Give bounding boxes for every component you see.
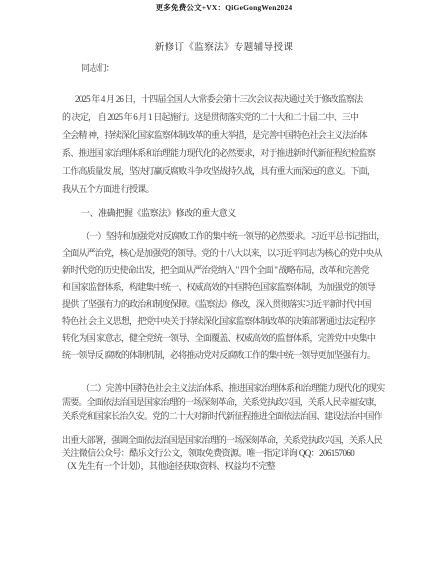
text-line: 工作高质量发 展，坚决打赢反腐败斗争攻坚战持久战，具有重大而深远的意义。下面， xyxy=(62,162,394,180)
text-line: 我从五个方面进 行授课。 xyxy=(62,180,394,198)
promo-line: （X 先生有一个计划），其他途径获取资料、权益均不完整 xyxy=(62,460,394,473)
section-heading-1: 一、准确把握《监察法》修改的重大意义 xyxy=(62,204,394,222)
text-line: 提供 了坚强有力的政治和制度保障。《监察法》修改，深入贯彻落实习近平新时代中国 xyxy=(62,296,394,313)
text-line: 转化为国 家意志，健全党统一领导、全面覆盖、权威高效的监督体系，完善党中央集中 xyxy=(62,330,394,347)
promo-block: 关注微信公众号：酷乐文行公文，领取免费资源。唯一指定详询 QQ：20615706… xyxy=(62,447,394,473)
watermark-header: 更多免费公文+VX：QiGeGongWen2024 xyxy=(0,2,448,13)
paragraph-1: 2025 年 4 月 26 日，十四届全国人大常委会第十三次会议表决通过关于修改… xyxy=(62,90,394,198)
text-line: 关系党和国家长治久安。党的二十大对新时代新征程推进全面依法治国、建设法治中国作 xyxy=(62,409,394,423)
document-page: 更多免费公文+VX：QiGeGongWen2024 新修订《监察法》专题辅导授课… xyxy=(0,0,448,580)
document-title: 新修订《监察法》专题辅导授课 xyxy=(0,39,448,53)
text-line: 特色社 会主义思想，把党中央关于持续深化国家监察体制改革的决策部署通过法定程序 xyxy=(62,313,394,330)
document-body: 同志们： 2025 年 4 月 26 日，十四届全国人大常委会第十三次会议表决通… xyxy=(62,62,394,473)
promo-line: 关注微信公众号：酷乐文行公文，领取免费资源。唯一指定详询 QQ：20615706… xyxy=(62,447,394,460)
text-line: 和 国家监督体系，构建集中统一、权威高效的中国特色国家监察体制，为加强党的领导 xyxy=(62,279,394,296)
paragraph-2: （一）坚持和加强党对反腐败工作的集中统一领导的必然要求。习近平总书记指出， 全面… xyxy=(62,228,394,364)
text-line: （一）坚持和加强党对反腐败工作的集中统一领导的必然要求。习近平总书记指出， xyxy=(62,228,394,245)
text-line: 新时代党的历史使命出发，把全面从严治党纳入 " 四个全面 " 战略布局，改革和完… xyxy=(62,262,394,279)
paragraph-3: （二）完善中国特色社会主义法治体系、推进国家治理体系和治理能力现代化的现实 需要… xyxy=(62,381,394,447)
salutation-line: 同志们： xyxy=(62,62,394,74)
text-line: 系、推进国 家治理体系和治理能力现代化的必然要求，对于推进新时代新征程纪检监察 xyxy=(62,144,394,162)
text-line: 需要。全面依法治国是国家治理的一场深刻革命，关系党执政兴国，关系人民幸福安康， xyxy=(62,395,394,409)
text-line: 全面从严治党，核心是加强党的领导。党的十八大以来，以习近平同志为核心的党中央从 xyxy=(62,245,394,262)
text-line: 2025 年 4 月 26 日，十四届全国人大常委会第十三次会议表决通过关于修改… xyxy=(62,90,394,108)
text-line: 统一领导反 腐败的体制机制，必将推动党对反腐败工作的集中统一领导更加坚强有力。 xyxy=(62,347,394,364)
text-line: （二）完善中国特色社会主义法治体系、推进国家治理体系和治理能力现代化的现实 xyxy=(62,381,394,395)
text-line: 全会精 神，持续深化国家监察体制改革的重大举措，是完善中国特色社会主义法治体 xyxy=(62,126,394,144)
text-line: 的 决定， 自 2025 年 6 月 1 日起施行。这是贯彻落实党的二十大和二十… xyxy=(62,108,394,126)
text-line: 出重大部署，强调全面依法治国是国家治理的一场深刻革命，关系党执政兴国，关系人民 xyxy=(62,433,394,447)
